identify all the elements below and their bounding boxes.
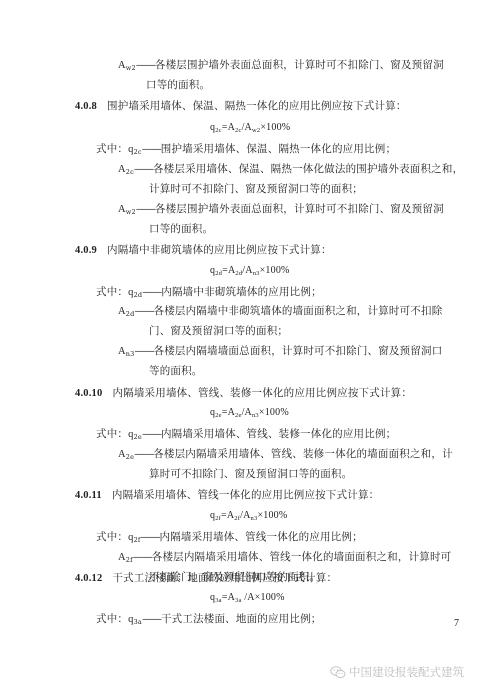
clause-number: 4.0.11 xyxy=(75,490,102,501)
definition-text: 各楼层采用墙体、保温、隔热一体化做法的围护墙外表面积之和， xyxy=(153,163,463,175)
definition-text: 各楼层围护墙外表面总面积，计算时可不扣除门、窗及预留洞 xyxy=(155,203,444,215)
formula-part: ×100% xyxy=(255,592,285,603)
watermark-text: 中国建设报装配式建筑 xyxy=(349,664,464,680)
dash: —— xyxy=(135,345,154,357)
definition-text: 门、窗及预留洞口等的面积； xyxy=(149,325,288,337)
clause-heading: 4.0.12干式工法楼面、地面的应用比例应按下式计算： xyxy=(75,571,337,586)
clause-number: 4.0.9 xyxy=(75,245,97,256)
formula-part: /A xyxy=(242,592,255,603)
dash: —— xyxy=(134,448,153,460)
definition-text: 干式工法楼面、地面的应用比例； xyxy=(161,613,322,625)
page-number: 7 xyxy=(454,618,459,629)
definition-line: 等的面积。 xyxy=(149,364,203,378)
dash: —— xyxy=(134,163,153,175)
where-label: 式中： xyxy=(96,428,128,440)
definition-text: 算时可不扣除门、窗及预留洞口等的面积。 xyxy=(149,468,352,480)
definition-text: 内隔墙采用墙体、管线、装修一体化的应用比例； xyxy=(161,428,396,440)
definition-line: A2d——各楼层内隔墙中非砌筑墙体的墙面面积之和，计算时可不扣除 xyxy=(118,304,442,319)
formula: q2d=A2d/An3×100% xyxy=(210,264,290,278)
clause-number: 4.0.10 xyxy=(75,388,102,399)
symbol-subscript: 2c xyxy=(126,168,134,176)
definition-line: Aw2——各楼层围护墙外表面总面积，计算时可不扣除门、窗及预留洞 xyxy=(118,202,444,217)
formula-part: =A xyxy=(221,510,234,521)
formula-subscript: n3 xyxy=(252,412,259,419)
symbol: A xyxy=(118,346,126,357)
where-label: 式中： xyxy=(96,531,128,543)
clause-heading: 4.0.8围护墙采用墙体、保温、隔热一体化的应用比例应按下式计算： xyxy=(75,99,407,114)
formula: q2f=A2f/An3×100% xyxy=(210,509,287,523)
definition-line: A2c——各楼层采用墙体、保温、隔热一体化做法的围护墙外表面积之和， xyxy=(118,162,463,177)
formula-part: =A xyxy=(222,122,235,133)
wechat-icon xyxy=(330,666,346,679)
clause-heading: 4.0.10内隔墙采用墙体、管线、装修一体化的应用比例应按下式计算： xyxy=(75,386,412,401)
symbol-subscript: 2d xyxy=(126,310,135,318)
symbol-subscript: 2d xyxy=(134,291,143,299)
definition-line: A2f——各楼层内隔墙采用墙体、管线一体化的墙面面积之和，计算时可 xyxy=(118,550,451,565)
symbol-subscript: w2 xyxy=(126,208,136,216)
formula-part: /A xyxy=(242,122,252,133)
dash: —— xyxy=(136,59,155,71)
definition-text: 口等的面积。 xyxy=(146,79,210,91)
clause-heading: 4.0.9内隔墙中非砌筑墙体的应用比例应按下式计算： xyxy=(75,243,332,258)
formula-part: /A xyxy=(242,265,252,276)
formula-part: ×100% xyxy=(259,407,289,418)
symbol: A xyxy=(118,552,126,563)
definition-line: An3——各楼层内隔墙墙面总面积，计算时可不扣除门、窗及预留洞口 xyxy=(118,344,442,359)
definition-line: 口等的面积。 xyxy=(146,78,210,92)
document-page: Aw2——各楼层围护墙外表面总面积，计算时可不扣除门、窗及预留洞 口等的面积。 … xyxy=(0,0,495,700)
where-label: 式中： xyxy=(96,286,128,298)
definition-text: 各楼层内隔墙采用墙体、管线一体化的墙面面积之和，计算时可 xyxy=(152,551,452,563)
dash: —— xyxy=(135,305,154,317)
definition-text: 计算时可不扣除门、窗及预留洞口等的面积； xyxy=(149,183,363,195)
definition-text: 口等的面积。 xyxy=(149,223,213,235)
clause-number: 4.0.8 xyxy=(75,101,97,112)
dash: —— xyxy=(142,428,161,440)
formula-subscript: n3 xyxy=(253,270,260,277)
symbol: A xyxy=(118,204,126,215)
symbol-subscript: n3 xyxy=(126,350,135,358)
formula-part: ×100% xyxy=(260,265,290,276)
symbol-subscript: w2 xyxy=(126,64,136,72)
symbol-subscript: 2f xyxy=(126,556,133,564)
formula-part: ×100% xyxy=(260,122,290,133)
definition-line: 算时可不扣除门、窗及预留洞口等的面积。 xyxy=(149,467,352,481)
clause-number: 4.0.12 xyxy=(75,573,102,584)
symbol: A xyxy=(118,306,126,317)
definition-line: 式中：q2c——围护墙采用墙体、保温、隔热一体化的应用比例； xyxy=(96,142,396,157)
formula: q2c=A2c/Aw2×100% xyxy=(210,121,290,135)
definition-line: 口等的面积。 xyxy=(149,222,213,236)
dash: —— xyxy=(142,286,161,298)
dash: —— xyxy=(142,613,161,625)
clause-title: 内隔墙采用墙体、管线一体化的应用比例应按下式计算： xyxy=(112,489,380,501)
formula-part: =A xyxy=(222,265,235,276)
definition-text: 内隔墙采用墙体、管线一体化的应用比例； xyxy=(160,531,363,543)
dash: —— xyxy=(141,531,160,543)
formula-part: =A xyxy=(222,592,235,603)
clause-title: 内隔墙中非砌筑墙体的应用比例应按下式计算： xyxy=(107,244,332,256)
definition-text: 各楼层内隔墙中非砌筑墙体的墙面面积之和，计算时可不扣除 xyxy=(154,305,443,317)
definition-text: 围护墙采用墙体、保温、隔热一体化的应用比例； xyxy=(161,143,396,155)
definition-text: 各楼层内隔墙采用墙体、管线、装修一体化的墙面面积之和，计 xyxy=(153,448,453,460)
definition-text: 各楼层内隔墙墙面总面积，计算时可不扣除门、窗及预留洞口 xyxy=(154,345,443,357)
symbol-subscript: 2c xyxy=(134,148,142,156)
symbol: A xyxy=(118,449,126,460)
symbol-subscript: 2f xyxy=(134,536,141,544)
definition-line: 计算时可不扣除门、窗及预留洞口等的面积； xyxy=(149,182,363,196)
where-label: 式中： xyxy=(96,613,128,625)
definition-line: 门、窗及预留洞口等的面积； xyxy=(149,324,288,338)
dash: —— xyxy=(136,203,155,215)
formula-part: ×100% xyxy=(257,510,287,521)
formula: q3a=A3a /A×100% xyxy=(210,591,285,605)
definition-text: 内隔墙中非砌筑墙体的应用比例； xyxy=(161,286,322,298)
definition-text: 等的面积。 xyxy=(149,365,203,377)
definition-line: Aw2——各楼层围护墙外表面总面积，计算时可不扣除门、窗及预留洞 xyxy=(118,58,444,73)
clause-heading: 4.0.11内隔墙采用墙体、管线一体化的应用比例应按下式计算： xyxy=(75,488,379,503)
formula: q2e=A2e/An3×100% xyxy=(210,406,289,420)
watermark: 中国建设报装配式建筑 xyxy=(330,664,464,680)
clause-title: 围护墙采用墙体、保温、隔热一体化的应用比例应按下式计算： xyxy=(107,100,407,112)
where-label: 式中： xyxy=(96,143,128,155)
formula-part: /A xyxy=(242,407,252,418)
formula-part: /A xyxy=(240,510,250,521)
dash: —— xyxy=(133,551,152,563)
clause-title: 干式工法楼面、地面的应用比例应按下式计算： xyxy=(112,572,337,584)
definition-line: 式中：q3a——干式工法楼面、地面的应用比例； xyxy=(96,612,321,627)
definition-line: 式中：q2e——内隔墙采用墙体、管线、装修一体化的应用比例； xyxy=(96,427,396,442)
dash: —— xyxy=(142,143,161,155)
definition-line: 式中：q2d——内隔墙中非砌筑墙体的应用比例； xyxy=(96,285,322,300)
symbol-subscript: 2e xyxy=(134,433,142,441)
symbol: A xyxy=(118,60,126,71)
formula-part: =A xyxy=(222,407,235,418)
symbol: A xyxy=(118,164,126,175)
clause-title: 内隔墙采用墙体、管线、装修一体化的应用比例应按下式计算： xyxy=(112,387,412,399)
symbol-subscript: 3a xyxy=(134,618,142,626)
definition-line: A2e——各楼层内隔墙采用墙体、管线、装修一体化的墙面面积之和，计 xyxy=(118,447,453,462)
symbol-subscript: 2e xyxy=(126,453,134,461)
definition-text: 各楼层围护墙外表面总面积，计算时可不扣除门、窗及预留洞 xyxy=(155,59,444,71)
definition-line: 式中：q2f——内隔墙采用墙体、管线一体化的应用比例； xyxy=(96,530,363,545)
